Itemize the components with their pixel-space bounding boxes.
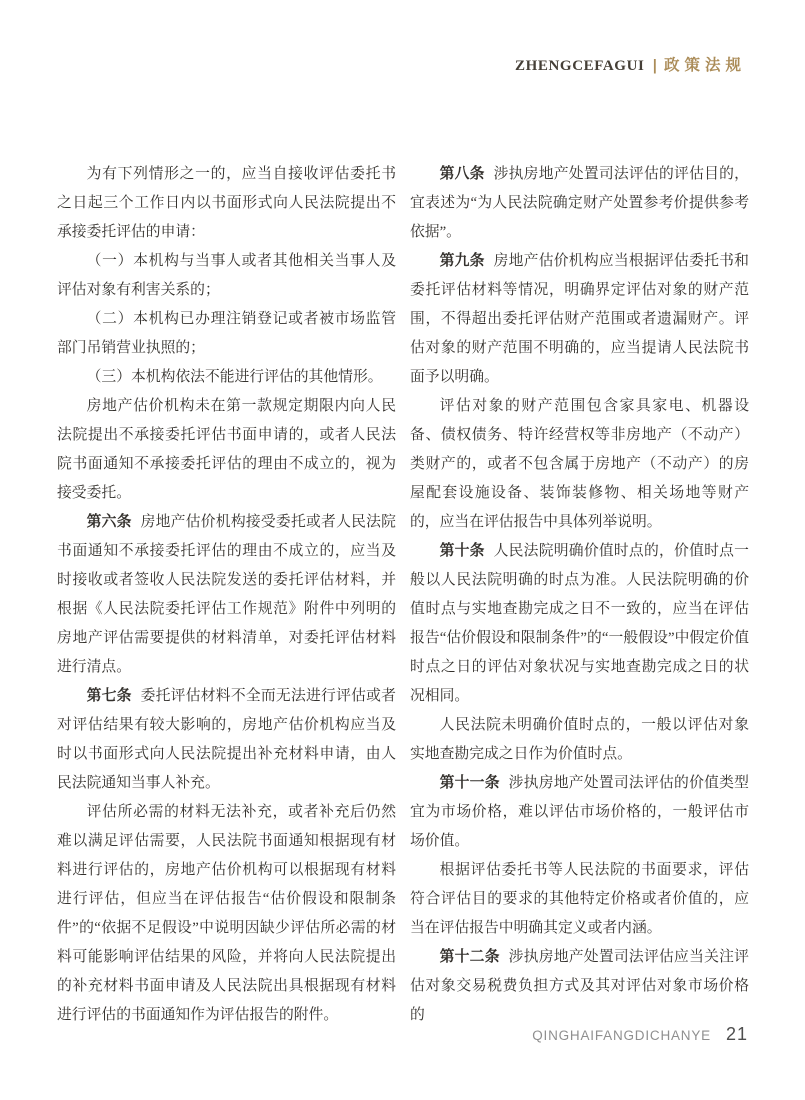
paragraph-text: （三）本机构依法不能进行评估的其他情形。 [87, 369, 383, 385]
paragraph: （二）本机构已办理注销登记或者被市场监管部门吊销营业执照的； [57, 305, 396, 363]
section-title-chinese: 政策法规 [664, 53, 746, 75]
paragraph: 第六条房地产估价机构接受委托或者人民法院书面通知不承接委托评估的理由不成立的，应… [57, 508, 396, 682]
paragraph-text: （一）本机构与当事人或者其他相关当事人及评估对象有利害关系的； [57, 253, 396, 298]
paragraph: 房地产估价机构未在第一款规定期限内向人民法院提出不承接委托评估书面申请的，或者人… [57, 392, 396, 508]
paragraph: 第十条人民法院明确价值时点的，价值时点一般以人民法院明确的时点为准。人民法院明确… [410, 537, 749, 711]
article-number: 第九条 [440, 253, 494, 269]
paragraph-text: （二）本机构已办理注销登记或者被市场监管部门吊销营业执照的； [57, 311, 396, 356]
masthead-divider-bar: | [652, 57, 658, 75]
paragraph-text: 房地产估价机构未在第一款规定期限内向人民法院提出不承接委托评估书面申请的，或者人… [57, 398, 396, 501]
paragraph-text: 为有下列情形之一的，应当自接收评估委托书之日起三个工作日内以书面形式向人民法院提… [57, 166, 396, 240]
right-column: 第八条涉执房地产处置司法评估的评估目的，宜表述为“为人民法院确定财产处置参考价提… [410, 160, 749, 1030]
paragraph: 第九条房地产估价机构应当根据评估委托书和委托评估材料等情况，明确界定评估对象的财… [410, 247, 749, 392]
paragraph-text: 房地产估价机构接受委托或者人民法院书面通知不承接委托评估的理由不成立的，应当及时… [57, 514, 396, 675]
paragraph: 评估所必需的材料无法补充，或者补充后仍然难以满足评估需要，人民法院书面通知根据现… [57, 798, 396, 1030]
paragraph: 第十二条涉执房地产处置司法评估应当关注评估对象交易税费负担方式及其对评估对象市场… [410, 943, 749, 1030]
article-number: 第七条 [87, 688, 141, 704]
journal-name-pinyin: QINGHAIFANGDICHANYE [532, 1028, 711, 1043]
magazine-page: ZHENGCEFAGUI | 政策法规 为有下列情形之一的，应当自接收评估委托书… [0, 0, 805, 1100]
article-number: 第十条 [440, 543, 494, 559]
left-column: 为有下列情形之一的，应当自接收评估委托书之日起三个工作日内以书面形式向人民法院提… [57, 160, 396, 1030]
paragraph: （三）本机构依法不能进行评估的其他情形。 [57, 363, 396, 392]
paragraph: 第八条涉执房地产处置司法评估的评估目的，宜表述为“为人民法院确定财产处置参考价提… [410, 160, 749, 247]
paragraph: （一）本机构与当事人或者其他相关当事人及评估对象有利害关系的； [57, 247, 396, 305]
paragraph: 根据评估委托书等人民法院的书面要求，评估符合评估目的要求的其他特定价格或者价值的… [410, 856, 749, 943]
page-number: 21 [726, 1024, 748, 1045]
paragraph-text: 根据评估委托书等人民法院的书面要求，评估符合评估目的要求的其他特定价格或者价值的… [410, 862, 749, 936]
paragraph-text: 人民法院明确价值时点的，价值时点一般以人民法院明确的时点为准。人民法院明确的价值… [410, 543, 749, 704]
article-number: 第十一条 [440, 775, 509, 791]
article-number: 第十二条 [440, 949, 509, 965]
section-masthead: ZHENGCEFAGUI | 政策法规 [515, 53, 746, 75]
paragraph: 第七条委托评估材料不全而无法进行评估或者对评估结果有较大影响的，房地产估价机构应… [57, 682, 396, 798]
article-body: 为有下列情形之一的，应当自接收评估委托书之日起三个工作日内以书面形式向人民法院提… [57, 160, 749, 1030]
paragraph-text: 房地产估价机构应当根据评估委托书和委托评估材料等情况，明确界定评估对象的财产范围… [410, 253, 749, 385]
paragraph: 为有下列情形之一的，应当自接收评估委托书之日起三个工作日内以书面形式向人民法院提… [57, 160, 396, 247]
article-number: 第八条 [440, 166, 494, 182]
article-number: 第六条 [87, 514, 141, 530]
paragraph-text: 评估所必需的材料无法补充，或者补充后仍然难以满足评估需要，人民法院书面通知根据现… [57, 804, 396, 1023]
page-footer: QINGHAIFANGDICHANYE 21 [532, 1024, 748, 1045]
paragraph: 第十一条涉执房地产处置司法评估的价值类型宜为市场价格，难以评估市场价格的，一般评… [410, 769, 749, 856]
section-title-pinyin: ZHENGCEFAGUI [515, 58, 644, 75]
paragraph-text: 评估对象的财产范围包含家具家电、机器设备、债权债务、特许经营权等非房地产（不动产… [410, 398, 749, 530]
paragraph: 人民法院未明确价值时点的，一般以评估对象实地查勘完成之日作为价值时点。 [410, 711, 749, 769]
paragraph-text: 人民法院未明确价值时点的，一般以评估对象实地查勘完成之日作为价值时点。 [410, 717, 749, 762]
paragraph: 评估对象的财产范围包含家具家电、机器设备、债权债务、特许经营权等非房地产（不动产… [410, 392, 749, 537]
